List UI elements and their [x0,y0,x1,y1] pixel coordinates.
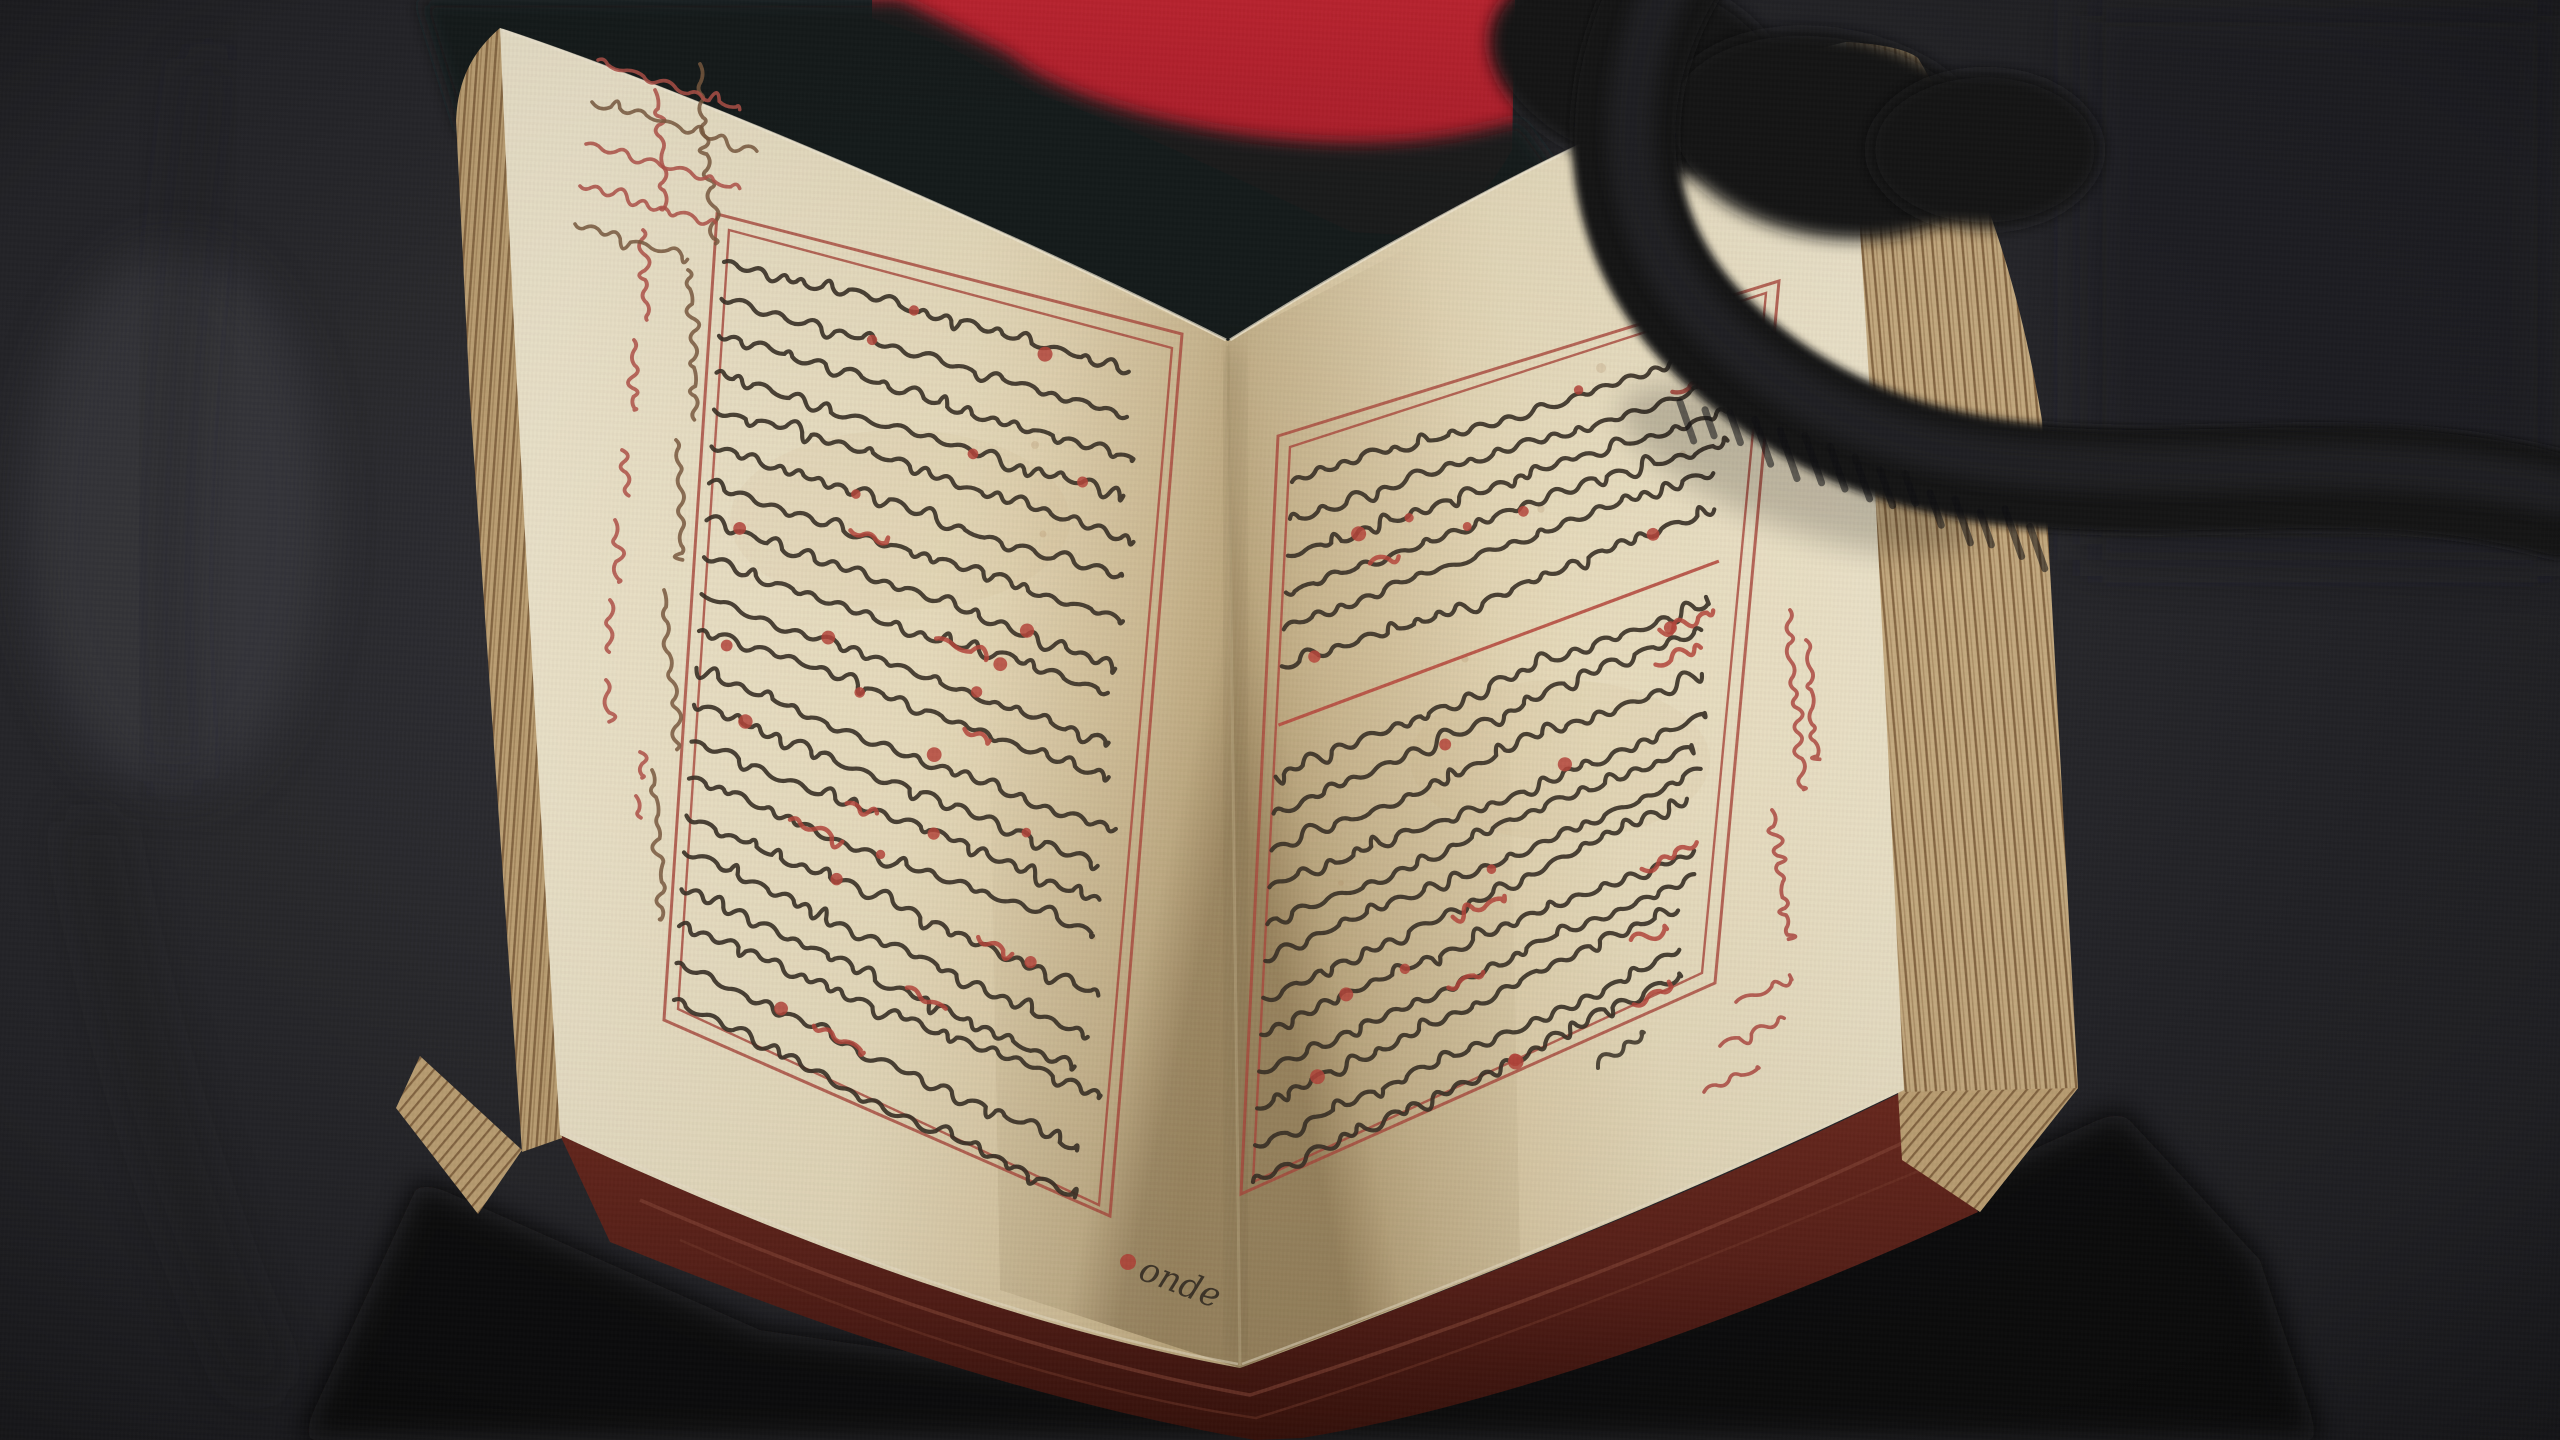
scene-svg: 69 onde [0,0,2560,1440]
manuscript-photograph: 69 onde [0,0,2560,1440]
vignette [0,0,2560,1440]
